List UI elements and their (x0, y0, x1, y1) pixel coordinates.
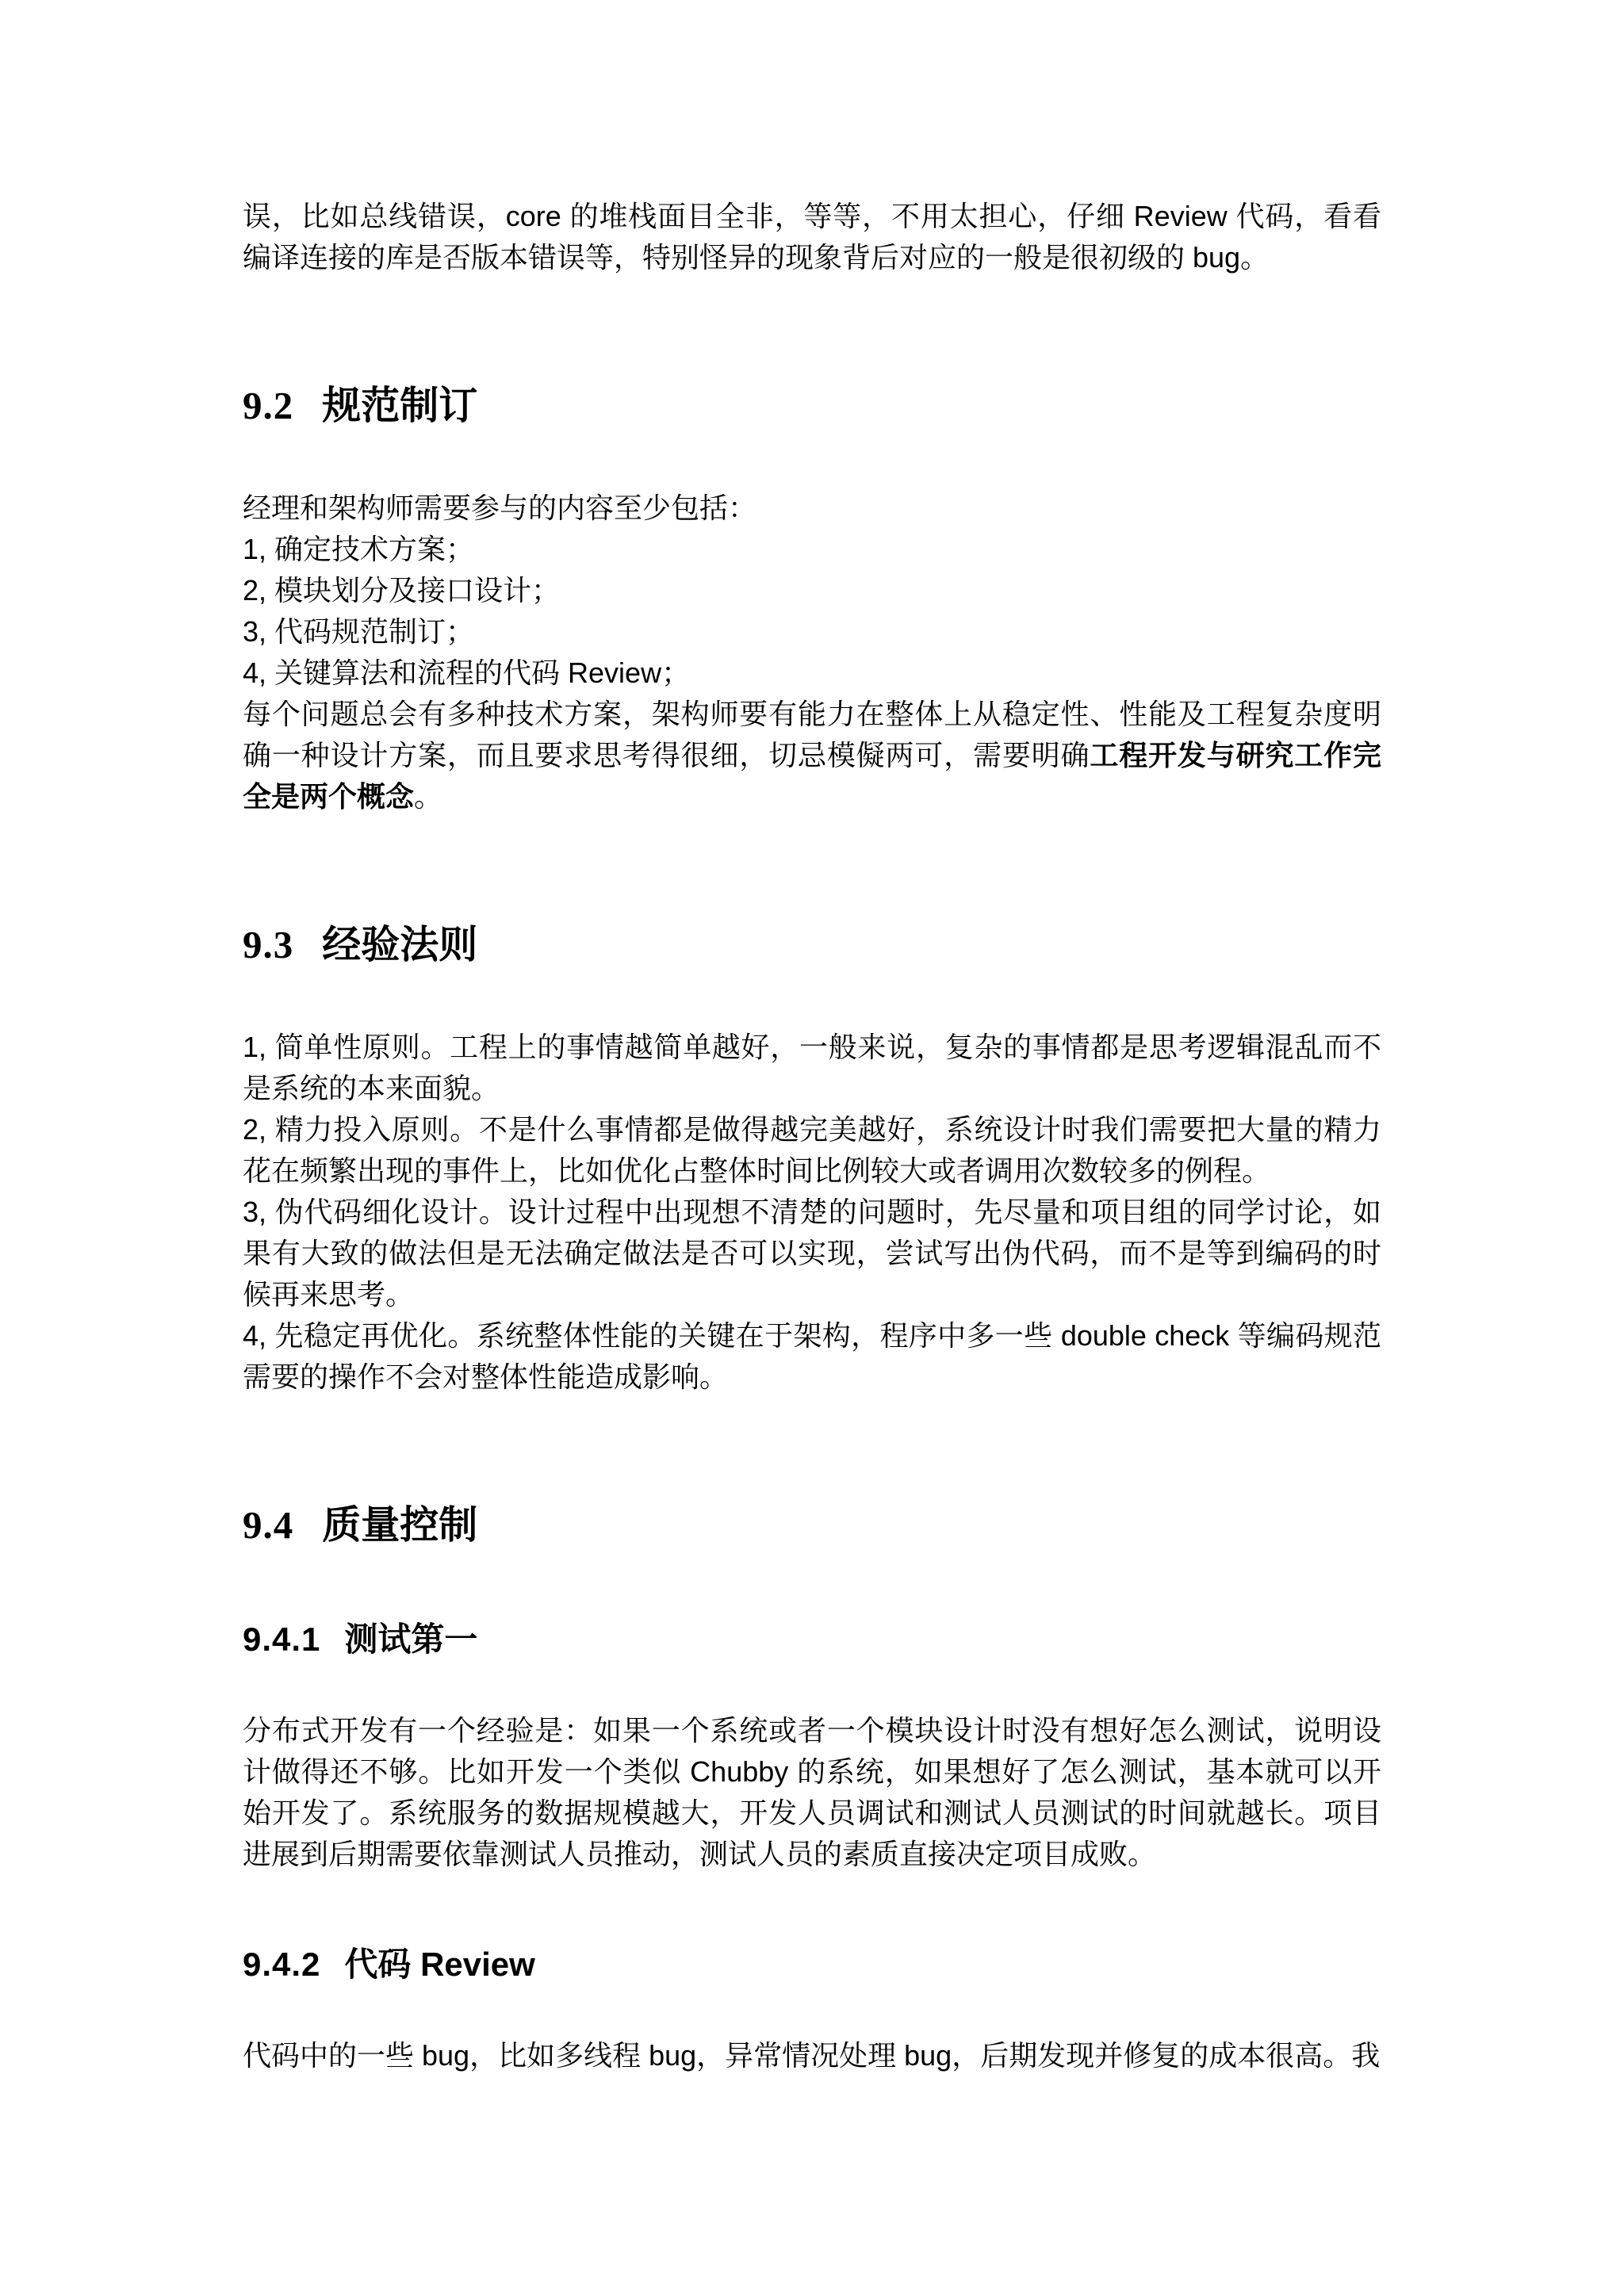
heading-9-4-1-title: 测试第一 (344, 1621, 477, 1658)
heading-9-4-1-number: 9.4.1 (243, 1621, 320, 1658)
heading-9-2-number: 9.2 (243, 384, 293, 427)
section-9-2-item-2: 2, 模块划分及接口设计； (243, 570, 1381, 611)
heading-9-4: 9.4质量控制 (243, 1501, 1381, 1550)
closing-tail-text: 。 (414, 780, 442, 813)
section-9-2-item-4: 4, 关键算法和流程的代码 Review； (243, 652, 1381, 694)
heading-9-2: 9.2规范制订 (243, 381, 1381, 430)
section-9-3-item-2: 2, 精力投入原则。不是什么事情都是做得越完美越好，系统设计时我们需要把大量的精… (243, 1109, 1381, 1192)
heading-9-2-title: 规范制订 (322, 385, 477, 427)
section-9-2-lead: 经理和架构师需要参与的内容至少包括： (243, 488, 1381, 529)
heading-9-4-2-number: 9.4.2 (243, 1946, 320, 1983)
heading-9-3: 9.3经验法则 (243, 920, 1381, 970)
section-9-2-item-1: 1, 确定技术方案； (243, 529, 1381, 570)
heading-9-4-2: 9.4.2代码 Review (243, 1943, 1381, 1986)
section-9-3-item-4: 4, 先稳定再优化。系统整体性能的关键在于架构，程序中多一些 double ch… (243, 1315, 1381, 1398)
section-9-4-1-paragraph: 分布式开发有一个经验是：如果一个系统或者一个模块设计时没有想好怎么测试，说明设计… (243, 1710, 1381, 1875)
heading-9-3-number: 9.3 (243, 923, 293, 966)
heading-9-4-title: 质量控制 (322, 1504, 477, 1547)
heading-9-4-1: 9.4.1测试第一 (243, 1618, 1381, 1661)
section-9-2-item-3: 3, 代码规范制订； (243, 611, 1381, 652)
intro-paragraph: 误，比如总线错误，core 的堆栈面目全非，等等，不用太担心，仔细 Review… (243, 196, 1381, 278)
document-page: 误，比如总线错误，core 的堆栈面目全非，等等，不用太担心，仔细 Review… (0, 0, 1624, 2296)
section-9-4-2-paragraph: 代码中的一些 bug，比如多线程 bug，异常情况处理 bug，后期发现并修复的… (243, 2035, 1381, 2076)
section-9-3-item-1: 1, 简单性原则。工程上的事情越简单越好，一般来说，复杂的事情都是思考逻辑混乱而… (243, 1027, 1381, 1109)
heading-9-4-2-title: 代码 Review (344, 1946, 534, 1983)
heading-9-4-number: 9.4 (243, 1503, 293, 1547)
section-9-3-item-3: 3, 伪代码细化设计。设计过程中出现想不清楚的问题时，先尽量和项目组的同学讨论，… (243, 1192, 1381, 1315)
heading-9-3-title: 经验法则 (322, 924, 477, 966)
section-9-2-closing-paragraph: 每个问题总会有多种技术方案，架构师要有能力在整体上从稳定性、性能及工程复杂度明确… (243, 694, 1381, 817)
